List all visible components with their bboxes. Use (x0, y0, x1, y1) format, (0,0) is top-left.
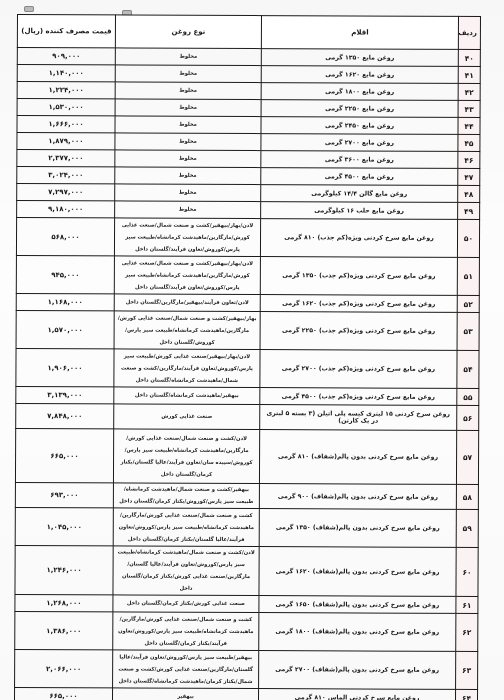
product-cell: روغن مایع سرخ کردنی ویژه(کم جذب) ۱۶۲۰ گر… (260, 295, 457, 313)
price-cell: ۷,۸۴۸,۰۰۰ (16, 403, 114, 428)
table-row: ۶۱روغن مایع سرخ کردنی بدون پالم(شفاف) ۱۶… (15, 594, 478, 613)
oil-type-cell: لادن/بهار/بیهقیر/صنعت غذایی کورش/طبیعت س… (114, 349, 260, 388)
oil-type-cell: مخلوط (115, 48, 261, 66)
price-cell: ۲,۰۶۶,۰۰۰ (15, 649, 113, 687)
header-product: اقلام (261, 16, 458, 50)
row-number-cell: ۶۱ (456, 596, 478, 613)
table-row: ۴۳روغن مایع ۲۲۵۰ گرمیمخلوط۱,۵۳۰,۰۰۰ (17, 99, 480, 118)
oil-type-cell: لادن/کشت و صنعت شمال/ماهیدشت کرمانشاه/طب… (113, 546, 259, 596)
row-number-cell: ۵۴ (457, 350, 479, 388)
price-cell: ۱,۲۶۸,۰۰۰ (15, 594, 113, 611)
document-page: ردیف اقلام نوع روغن قیمت مصرف کننده (ریا… (0, 0, 504, 700)
oil-type-cell: بیهقیر/طبیعت سیز پارس/کوروش/تعاون فرآیند… (113, 650, 259, 689)
oil-type-cell: لادن/بهار/بیهقیر/کشت و صنعت شمال/صنعت غذ… (114, 256, 260, 295)
price-cell: ۷,۲۹۷,۰۰۰ (17, 184, 115, 201)
price-cell: ۱,۹۰۶,۰۰۰ (16, 348, 114, 386)
row-number-cell: ۴۶ (458, 151, 480, 168)
product-cell: روغن سرخ کردنی ۱۵ لیتری کیسه پلی اتیلن (… (260, 405, 457, 431)
row-number-cell: ۴۲ (458, 83, 480, 100)
price-table: ردیف اقلام نوع روغن قیمت مصرف کننده (ریا… (14, 14, 481, 700)
product-cell: روغن مایع حلب ۱۶ کیلوگرمی (261, 202, 458, 220)
price-cell: ۹,۱۸۰,۰۰۰ (17, 201, 115, 218)
table-row: ۵۴روغن مایع سرخ کردنی ویژه(کم جذب) ۲۷۰۰ … (16, 348, 479, 388)
row-number-cell: ۵۷ (456, 430, 478, 484)
product-cell: روغن مایع ۲۴۵۰ گرمی (261, 117, 458, 135)
price-cell: ۱,۱۶۸,۰۰۰ (16, 293, 114, 310)
oil-type-cell: بیهقیر (112, 688, 258, 700)
row-number-cell: ۵۸ (456, 484, 478, 509)
row-number-cell: ۴۸ (458, 185, 480, 202)
oil-type-cell: مخلوط (115, 65, 261, 83)
price-cell: ۳,۱۳۹,۰۰۰ (16, 386, 114, 403)
table-row: ۵۷روغن مایع سرخ کردنی بدون پالم(شفاف) ۸۱… (15, 428, 478, 484)
product-cell: روغن مایع ۳۶۰۰ گرمی (261, 151, 458, 169)
drag-handle[interactable] (24, 6, 34, 12)
price-cell: ۱,۰۴۵,۰۰۰ (15, 507, 113, 545)
row-number-cell: ۵۲ (457, 295, 479, 312)
row-number-cell: ۶۴ (455, 689, 477, 700)
table-row: ۴۰روغن مایع ۱۳۵۰ گرمیمخلوط۹۰۹,۰۰۰ (17, 48, 480, 67)
oil-type-cell: کشت و صنعت شمال/صنعت غذایی کورش/مارگارین… (113, 508, 259, 547)
oil-type-cell: بیهقیر/کشت و صنعت شمال/ماهیدشت کرمانشاه/… (113, 483, 259, 509)
header-oil-type: نوع روغن (115, 15, 261, 49)
product-cell: روغن مایع سرخ کردنی ویژه(کم جذب) ۱۳۵۰ گر… (260, 257, 457, 296)
product-cell: روغن مایع ۱۸۰۰ گرمی (261, 83, 458, 101)
row-number-cell: ۶۰ (456, 547, 478, 596)
row-number-cell: ۵۹ (456, 509, 478, 547)
oil-type-cell: لادن/تعاون فرآیند/بیهقیر/مارگارین/گلستان… (114, 294, 260, 312)
price-cell: ۹۰۹,۰۰۰ (17, 48, 115, 65)
table-row: ۶۴روغن مایع سرخ کردنی الماس ۸۱۰ گرمیبیهق… (14, 687, 477, 700)
oil-type-cell: مخلوط (115, 99, 261, 117)
table-row: ۶۲روغن مایع سرخ کردنی بدون پالم(شفاف) ۱۸… (15, 611, 478, 651)
table-row: ۵۰روغن مایع سرخ کردنی ویژه(کم جذب) ۸۱۰ گ… (16, 218, 479, 258)
table-row: ۵۶روغن سرخ کردنی ۱۵ لیتری کیسه پلی اتیلن… (16, 403, 479, 430)
price-cell: ۶۶۵,۰۰۰ (14, 687, 112, 700)
product-cell: روغن مایع ۴۵۰۰ گرمی (261, 168, 458, 186)
table-row: ۵۱روغن مایع سرخ کردنی ویژه(کم جذب) ۱۳۵۰ … (16, 255, 479, 295)
row-number-cell: ۴۷ (458, 168, 480, 185)
price-cell: ۶۶۵,۰۰۰ (15, 428, 113, 482)
product-cell: روغن مایع ۲۲۵۰ گرمی (261, 100, 458, 118)
oil-type-cell: کشت و صنعت شمال/صنعت غذایی کورش/مارگارین… (113, 612, 259, 651)
price-cell: ۱,۶۶۶,۰۰۰ (17, 116, 115, 133)
product-cell: روغن مایع سرخ کردنی ویژه(کم جذب) ۴۵۰۰ گر… (260, 388, 457, 406)
row-number-cell: ۴۴ (458, 117, 480, 134)
row-number-cell: ۶۳ (456, 651, 478, 689)
oil-type-cell: لادن/کشت و صنعت شمال/صنعت غذایی کورش/مار… (113, 429, 259, 484)
oil-type-cell: مخلوط (115, 133, 261, 151)
product-cell: روغن مایع سرخ کردنی ویژه(کم جذب) ۸۱۰ گرم… (260, 219, 457, 258)
price-cell: ۱,۲۴۶,۰۰۰ (15, 545, 113, 594)
table-row: ۴۱روغن مایع ۱۶۲۰ گرمیمخلوط۱,۱۴۰,۰۰۰ (17, 65, 480, 84)
product-cell: روغن مایع سرخ کردنی الماس ۸۱۰ گرمی (258, 689, 455, 700)
row-number-cell: ۵۱ (457, 257, 479, 295)
oil-type-cell: مخلوط (115, 184, 261, 202)
product-cell: روغن مایع ۱۳۵۰ گرمی (261, 49, 458, 67)
product-cell: روغن مایع ۲۷۰۰ گرمی (261, 134, 458, 152)
row-number-cell: ۵۶ (457, 405, 479, 430)
product-cell: روغن مایع سرخ کردنی بدون پالم(شفاف) ۱۳۵۰… (259, 509, 456, 548)
price-cell: ۱,۵۳۰,۰۰۰ (17, 99, 115, 116)
table-row: ۴۴روغن مایع ۲۴۵۰ گرمیمخلوط۱,۶۶۶,۰۰۰ (17, 116, 480, 135)
price-cell: ۳,۰۲۴,۰۰۰ (17, 167, 115, 184)
price-cell: ۶۹۳,۰۰۰ (15, 482, 113, 507)
price-cell: ۵۶۸,۰۰۰ (16, 218, 114, 256)
oil-type-cell: صنعت غذایی کورش/بکتاز کرمان/گلستان داخل (113, 595, 259, 613)
table-row: ۴۹روغن مایع حلب ۱۶ کیلوگرمیمخلوط۹,۱۸۰,۰۰… (17, 201, 480, 220)
table-row: ۴۶روغن مایع ۳۶۰۰ گرمیمخلوط۲,۳۷۷,۰۰۰ (17, 150, 480, 169)
price-cell: ۱,۵۷۰,۰۰۰ (16, 310, 114, 348)
table-body: ۴۰روغن مایع ۱۳۵۰ گرمیمخلوط۹۰۹,۰۰۰۴۱روغن … (14, 48, 480, 700)
row-number-cell: ۵۰ (457, 219, 479, 257)
product-cell: روغن مایع سرخ کردنی بدون پالم(شفاف) ۱۶۵۰… (259, 596, 456, 614)
header-price: قیمت مصرف کننده (ریال) (17, 15, 115, 48)
oil-type-cell: بیهقیر/ماهیدشت کرمانشاه/گلستان داخل (114, 387, 260, 405)
row-number-cell: ۵۳ (457, 312, 479, 350)
oil-type-cell: مخلوط (115, 201, 261, 219)
price-cell: ۱,۲۲۴,۰۰۰ (17, 82, 115, 99)
row-number-cell: ۵۵ (457, 388, 479, 405)
product-cell: روغن مایع گالن ۱۴/۴ کیلوگرمی (261, 185, 458, 203)
oil-type-cell: لادن/بهار/بیهقیر/کشت و صنعت شمال/صنعت غذ… (114, 218, 260, 257)
product-cell: روغن مایع ۱۶۲۰ گرمی (261, 66, 458, 84)
product-cell: روغن مایع سرخ کردنی بدون پالم(شفاف) ۱۶۲۰… (259, 547, 456, 597)
oil-type-cell: صنعت غذایی کورش (114, 404, 260, 430)
table-row: ۴۲روغن مایع ۱۸۰۰ گرمیمخلوط۱,۲۲۴,۰۰۰ (17, 82, 480, 101)
oil-type-cell: بهار/بیهقیر/کشت و صنعت شمال/صنعت غذایی ک… (114, 311, 260, 350)
table-row: ۴۸روغن مایع گالن ۱۴/۴ کیلوگرمیمخلوط۷,۲۹۷… (17, 184, 480, 203)
price-cell: ۲,۳۷۷,۰۰۰ (17, 150, 115, 167)
table-row: ۵۳روغن مایع سرخ کردنی ویژه(کم جذب) ۲۲۵۰ … (16, 310, 479, 350)
row-number-cell: ۶۲ (456, 613, 478, 651)
table-row: ۴۵روغن مایع ۲۷۰۰ گرمیمخلوط۱,۸۷۹,۰۰۰ (17, 133, 480, 152)
price-cell: ۱,۸۷۹,۰۰۰ (17, 133, 115, 150)
row-number-cell: ۴۱ (458, 66, 480, 83)
row-number-cell: ۴۹ (458, 202, 480, 219)
table-row: ۵۸روغن مایع سرخ کردنی بدون پالم(شفاف) ۹۰… (15, 482, 478, 509)
product-cell: روغن مایع سرخ کردنی بدون پالم(شفاف) ۹۰۰ … (259, 484, 456, 510)
table-row: ۴۷روغن مایع ۴۵۰۰ گرمیمخلوط۳,۰۲۴,۰۰۰ (17, 167, 480, 186)
table-row: ۶۳روغن مایع سرخ کردنی بدون پالم(شفاف) ۲۷… (15, 649, 478, 689)
product-cell: روغن مایع سرخ کردنی ویژه(کم جذب) ۲۲۵۰ گر… (260, 312, 457, 351)
row-number-cell: ۴۰ (458, 49, 480, 66)
product-cell: روغن مایع سرخ کردنی بدون پالم(شفاف) ۸۱۰ … (259, 430, 456, 485)
oil-type-cell: مخلوط (115, 150, 261, 168)
table-row: ۵۹روغن مایع سرخ کردنی بدون پالم(شفاف) ۱۳… (15, 507, 478, 547)
row-number-cell: ۴۵ (458, 134, 480, 151)
table-row: ۵۵روغن مایع سرخ کردنی ویژه(کم جذب) ۴۵۰۰ … (16, 386, 479, 405)
header-row-number: ردیف (458, 16, 480, 49)
table-row: ۶۰روغن مایع سرخ کردنی بدون پالم(شفاف) ۱۶… (15, 545, 478, 596)
price-cell: ۹۴۵,۰۰۰ (16, 255, 114, 293)
oil-type-cell: مخلوط (115, 116, 261, 134)
table-header-row: ردیف اقلام نوع روغن قیمت مصرف کننده (ریا… (17, 15, 480, 50)
product-cell: روغن مایع سرخ کردنی بدون پالم(شفاف) ۲۷۰۰… (259, 651, 456, 690)
product-cell: روغن مایع سرخ کردنی بدون پالم(شفاف) ۱۸۰۰… (259, 613, 456, 652)
product-cell: روغن مایع سرخ کردنی ویژه(کم جذب) ۲۷۰۰ گر… (260, 350, 457, 389)
oil-type-cell: مخلوط (115, 82, 261, 100)
table-row: ۵۲روغن مایع سرخ کردنی ویژه(کم جذب) ۱۶۲۰ … (16, 293, 479, 312)
price-cell: ۱,۳۸۶,۰۰۰ (15, 611, 113, 649)
price-cell: ۱,۱۴۰,۰۰۰ (17, 65, 115, 82)
oil-type-cell: مخلوط (115, 167, 261, 185)
row-number-cell: ۴۳ (458, 100, 480, 117)
